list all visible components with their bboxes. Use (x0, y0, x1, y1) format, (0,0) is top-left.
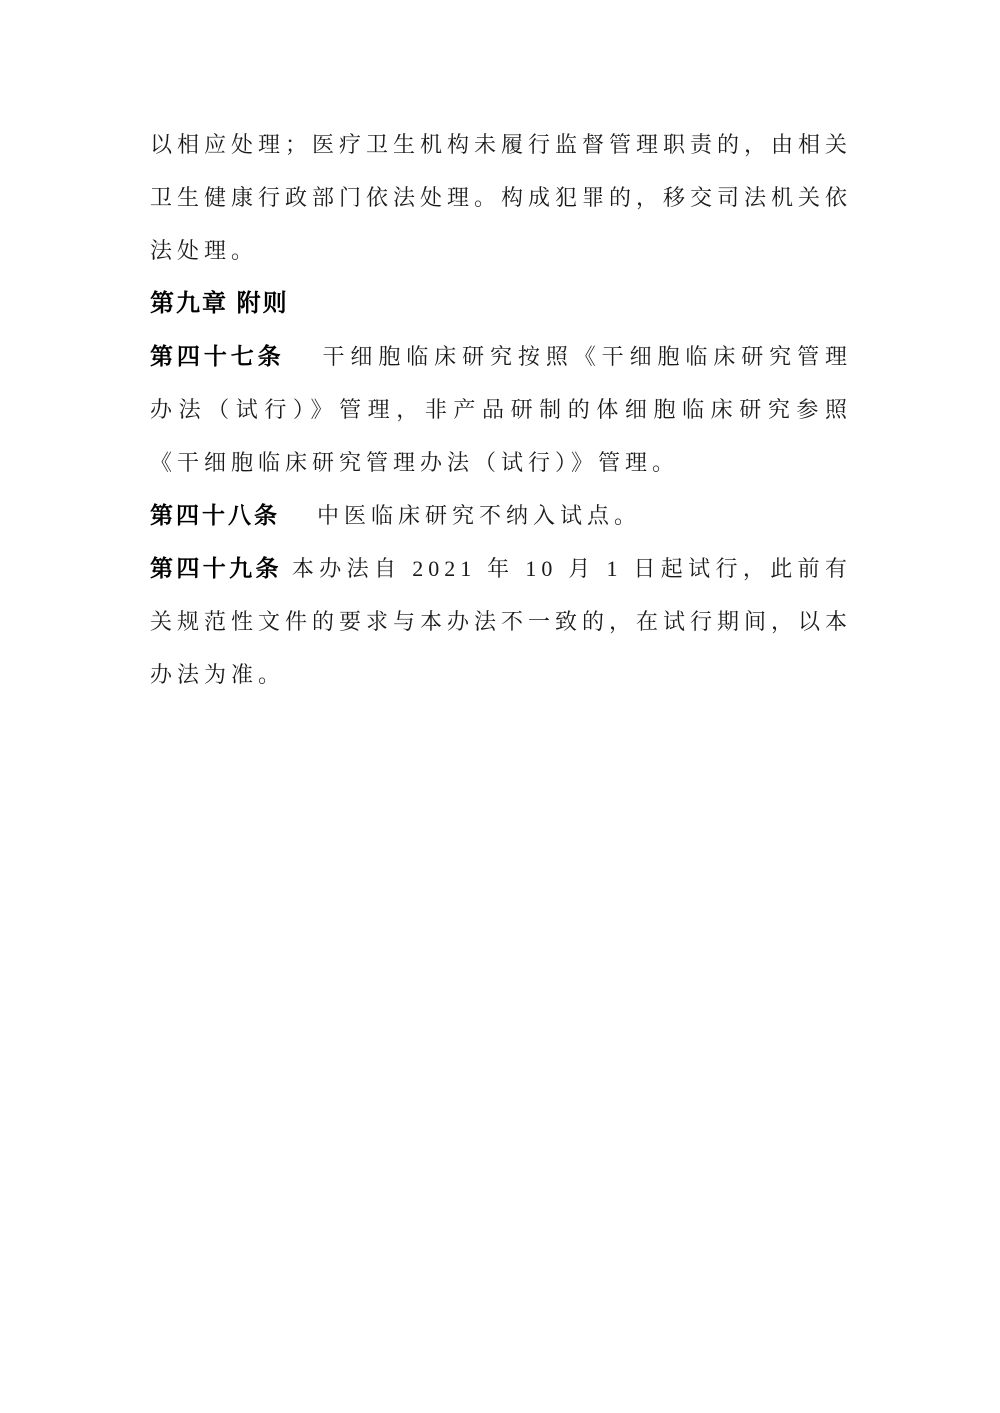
article-49-label: 第四十九条 (150, 555, 282, 581)
article-48-paragraph: 第四十八条 中医临床研究不纳入试点。 (150, 489, 852, 542)
document-page: 以相应处理；医疗卫生机构未履行监督管理职责的，由相关卫生健康行政部门依法处理。构… (0, 0, 1000, 1413)
chapter-heading: 第九章 附则 (150, 277, 852, 330)
paragraph-continuation: 以相应处理；医疗卫生机构未履行监督管理职责的，由相关卫生健康行政部门依法处理。构… (150, 118, 852, 277)
article-48-text: 中医临床研究不纳入试点。 (290, 503, 641, 528)
article-48-label: 第四十八条 (150, 502, 280, 528)
article-47-label: 第四十七条 (150, 343, 285, 369)
article-49-paragraph: 第四十九条本办法自 2021 年 10 月 1 日起试行，此前有关规范性文件的要… (150, 542, 852, 701)
article-47-paragraph: 第四十七条 干细胞临床研究按照《干细胞临床研究管理办法（试行）》管理，非产品研制… (150, 330, 852, 489)
